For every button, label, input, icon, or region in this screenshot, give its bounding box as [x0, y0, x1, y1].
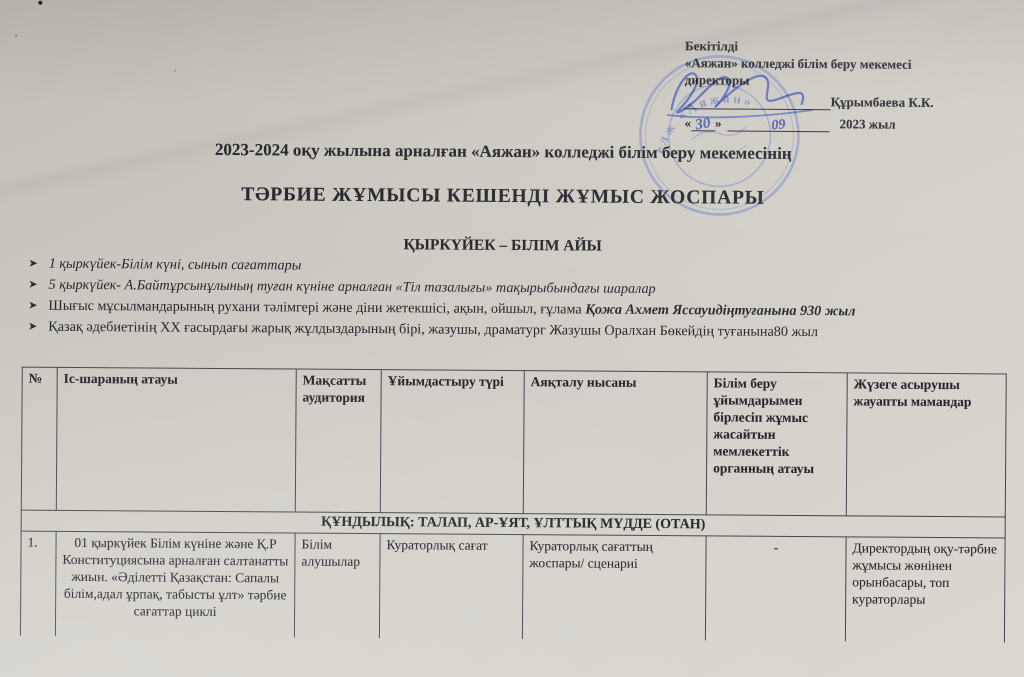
work-plan-table: № Іс-шараның атауы Мақсатты аудитория Ұй…: [20, 367, 1007, 643]
date-month-line: 09: [727, 115, 829, 132]
bullet-text-plain: Шығыс мұсылмандарының рухани тәлімгері ж…: [48, 298, 585, 318]
arrow-bullet-icon: ➤: [28, 318, 37, 337]
list-item: ➤ Қазақ әдебиетінің ХХ ғасырдағы жарық ж…: [28, 318, 990, 343]
quote-close: »: [715, 115, 722, 130]
cell-completion: Кураторлық сағаттың жоспары/ сценариі: [522, 535, 706, 641]
signature-row: Құрымбаева К.К.: [685, 92, 995, 111]
approval-block: Бекітілді «Аяжан» колледжі білім беру ме…: [684, 37, 995, 133]
handwritten-day: 30: [694, 115, 712, 134]
arrow-bullet-icon: ➤: [28, 255, 37, 274]
bullet-text: 5 қыркүйек- А.Байтұрсынұлының туған күні…: [49, 276, 656, 299]
cell-org-form: Кураторлық сағат: [379, 534, 523, 639]
director-name: Құрымбаева К.К.: [831, 94, 934, 110]
table-row: 1. 01 қыркүйек Білім күніне және Қ.Р Кон…: [20, 531, 1005, 642]
cell-responsible: Директордың оқу-тәрбие жұмысы жөнінен ор…: [845, 537, 1005, 643]
date-year: 2023 жыл: [839, 116, 895, 131]
column-header-number: №: [21, 367, 57, 510]
date-day-line: 30: [691, 115, 715, 131]
approved-label: Бекітілді: [685, 37, 995, 56]
approval-role-line: директоры: [685, 71, 995, 90]
column-header-state-org: Білім беру ұйымдарымен бірлесіп жұмыс жа…: [706, 372, 847, 516]
bullet-list: ➤ 1 қыркүйек-Білім күні, сынып сағаттары…: [28, 255, 991, 346]
signature-line: [685, 95, 831, 110]
ink-speck: [38, 1, 42, 5]
cell-state-org: -: [705, 536, 846, 641]
document-title-line2: ТӘРБИЕ ЖҰМЫСЫ КЕШЕНДІ ЖҰМЫС ЖОСПАРЫ: [1, 182, 1005, 211]
column-header-org-form: Ұйымдастыру түрі: [380, 370, 524, 514]
column-header-audience: Мақсатты аудитория: [295, 369, 381, 513]
table-header-row: № Іс-шараның атауы Мақсатты аудитория Ұй…: [21, 367, 1006, 517]
bullet-text-emphasis: Қожа Ахмет Яссауидіңтуғанына 930 жыл: [585, 302, 855, 320]
arrow-bullet-icon: ➤: [28, 276, 37, 295]
approval-org-line: «Аяжан» колледжі білім беру мекемесі: [685, 54, 995, 73]
arrow-bullet-icon: ➤: [28, 297, 37, 316]
ink-speck: [174, 70, 176, 72]
cell-number: 1.: [20, 531, 56, 636]
column-header-completion: Аяқталу нысаны: [523, 371, 707, 515]
paper-sheet: Бекітілді «Аяжан» колледжі білім беру ме…: [0, 0, 1024, 677]
bullet-text: 1 қыркүйек-Білім күні, сынып сағаттары: [49, 255, 302, 275]
bullet-text: Қазақ әдебиетінің ХХ ғасырдағы жарық жұл…: [48, 318, 818, 342]
ink-speck: [15, 35, 17, 37]
date-row: «30»092023 жыл: [684, 114, 994, 133]
document-title-line1: 2023-2024 оқу жылына арналған «Аяжан» ко…: [1, 138, 1005, 165]
column-header-event: Іс-шараның атауы: [56, 367, 296, 512]
cell-audience: Білім алушылар: [294, 533, 380, 638]
handwritten-month: 09: [771, 116, 787, 134]
column-header-responsible: Жүзеге асырушы жауапты мамандар: [846, 373, 1006, 517]
scanned-document-photo: Бекітілді «Аяжан» колледжі білім беру ме…: [0, 0, 1024, 677]
bullet-text: Шығыс мұсылмандарының рухани тәлімгері ж…: [48, 297, 855, 321]
cell-event: 01 қыркүйек Білім күніне және Қ.Р Консти…: [55, 531, 295, 637]
